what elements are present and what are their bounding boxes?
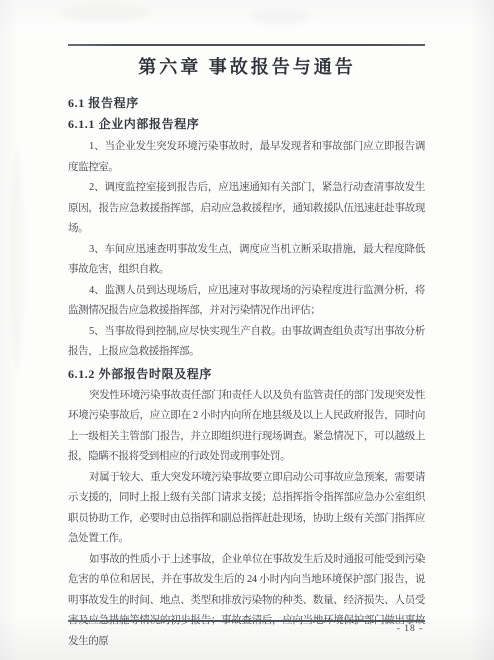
header-rule xyxy=(68,44,425,46)
subsection-heading-6-1-1: 6.1.1 企业内部报告程序 xyxy=(68,114,425,135)
section-heading-6-1: 6.1 报告程序 xyxy=(68,93,425,114)
scan-artifact xyxy=(250,10,310,24)
page-content: 6.1 报告程序 6.1.1 企业内部报告程序 1、当企业发生突发环境污染事故时… xyxy=(68,93,425,652)
paragraph-internal-3: 3、车间应迅速查明事故发生点，调度应当机立断采取措施，最大程度降低事故危害，组织… xyxy=(68,240,425,281)
paragraph-internal-5: 5、当事故得到控制,应尽快实现生产自救。由事故调查组负责写出事故分析报告，上报应… xyxy=(68,322,425,363)
scan-artifact xyxy=(60,4,150,22)
footer-rule xyxy=(68,620,425,622)
paragraph-external-3: 如事故的性质小于上述事故，企业单位在事故发生后及时通报可能受到污染危害的单位和居… xyxy=(68,550,425,653)
paragraph-external-2: 对属于较大、重大突发环境污染事故要立即启动公司事故应急预案，需要请示支援的，同时… xyxy=(68,468,425,550)
chapter-title: 第六章 事故报告与通告 xyxy=(0,53,494,79)
paragraph-external-1: 突发性环境污染事故责任部门和责任人以及负有监管责任的部门发现突发性环境污染事故后… xyxy=(68,386,425,468)
paragraph-internal-1: 1、当企业发生突发环境污染事故时，最早发现者和事故部门应立即报告调度监控室。 xyxy=(68,137,425,178)
subsection-heading-6-1-2: 6.1.2 外部报告时限及程序 xyxy=(68,364,425,385)
paragraph-internal-2: 2、调度监控室接到报告后，应迅速通知有关部门，紧急行动查清事故发生原因，报告应急… xyxy=(68,178,425,240)
scanned-document-page: 第六章 事故报告与通告 6.1 报告程序 6.1.1 企业内部报告程序 1、当企… xyxy=(0,0,494,660)
paragraph-internal-4: 4、监测人员到达现场后，应迅速对事故现场的污染程度进行监测分析，将监测情况报告应… xyxy=(68,281,425,322)
page-number: - 18 - xyxy=(390,624,430,634)
scan-artifact xyxy=(10,150,24,370)
